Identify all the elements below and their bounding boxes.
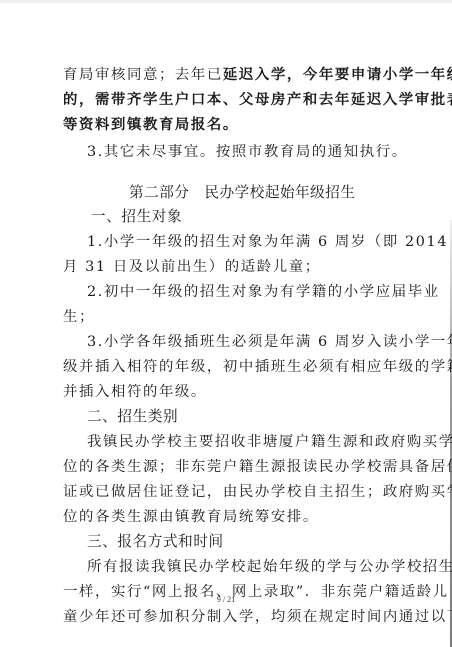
section-1-item-2-line-1: 2.初中一年级的招生对象为有学籍的小学应届毕业: [87, 281, 440, 303]
section-2-line-3: 证或已做居住证登记，由民办学校自主招生；政府购买学: [63, 481, 452, 503]
top-border-strip: [0, 0, 452, 3]
section-1-item-1-line-2: 月 31 日及以前出生）的适龄儿童；: [63, 256, 321, 278]
section-1-item-1-line-1: 1.小学一年级的招生对象为年满 6 周岁（即 2014 年 8: [87, 231, 452, 253]
page-number: 9 / 21: [0, 595, 452, 604]
paragraph-line: 育局审核同意；去年已延迟入学，今年要申请小学一年级: [63, 64, 452, 86]
text-plain: 育局审核同意；去年已: [63, 67, 223, 83]
section-2-heading: 二、招生类别: [87, 406, 178, 428]
section-1-item-2-line-2: 生；: [63, 306, 95, 328]
part-2-title: 第二部分 民办学校起始年级招生: [129, 182, 355, 204]
item-3: 3.其它未尽事宜。按照市教育局的通知执行。: [87, 141, 408, 163]
section-2-line-2: 位的各类生源；非东莞户籍生源报读民办学校需具备居住: [63, 456, 452, 478]
section-1-item-3-line-2: 级并插入相符的年级，初中插班生必须有相应年级的学籍: [63, 356, 452, 378]
section-1-item-3-line-3: 并插入相符的年级。: [63, 381, 207, 403]
text-bold: 延迟入学，今年要申请小学一年级: [223, 66, 452, 83]
section-3-line-3: 童少年还可参加积分制入学，均须在规定时间内通过以下: [63, 606, 452, 628]
section-3-heading: 三、报名方式和时间: [87, 531, 224, 553]
section-1-heading: 一、招生对象: [91, 206, 182, 228]
section-1-item-3-line-1: 3.小学各年级插班生必须是年满 6 周岁入读小学一年: [87, 331, 452, 353]
section-3-line-1: 所有报读我镇民办学校起始年级的学与公办学校招生: [87, 556, 452, 578]
section-2-line-4: 位的各类生源由镇教育局统筹安排。: [63, 506, 319, 528]
section-2-line-1: 我镇民办学校主要招收非塘厦户籍生源和政府购买学: [87, 431, 452, 453]
paragraph-line: 的，需带齐学生户口本、父母房产和去年延迟入学审批表: [63, 89, 452, 111]
paragraph-line: 等资料到镇教育局报名。: [63, 114, 239, 136]
